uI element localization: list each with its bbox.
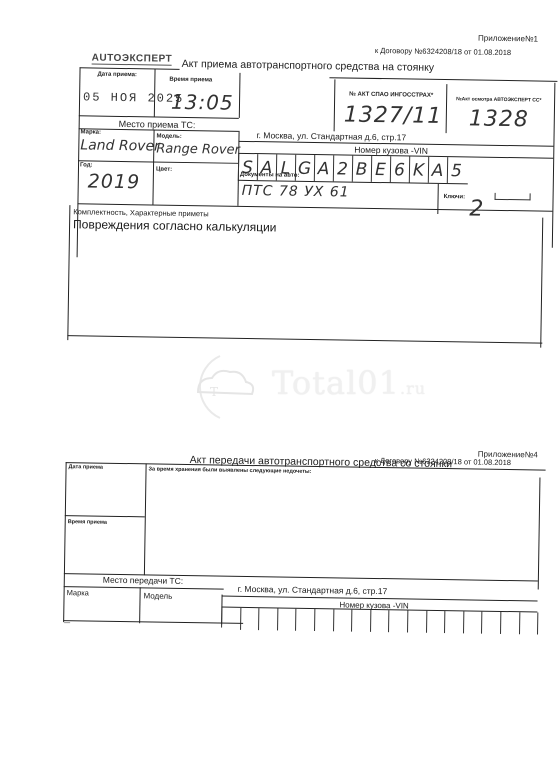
vin-empty-cell — [501, 612, 520, 634]
vin-empty-cell — [334, 609, 353, 631]
model-label-2: Модель — [143, 591, 172, 600]
vin-empty-cell — [371, 610, 390, 632]
vin-grid-2 — [221, 608, 538, 633]
page-marker — [64, 622, 70, 623]
vin-empty-cell — [408, 610, 427, 632]
vin-empty-cell — [296, 609, 315, 631]
place-label-2: Место передачи ТС: — [103, 575, 184, 586]
vin-empty-cell — [389, 610, 408, 632]
date-label-2: Дата приема — [69, 464, 103, 471]
vin-empty-cell — [427, 611, 446, 633]
vin-empty-cell — [241, 608, 260, 630]
vin-empty-cell — [482, 612, 501, 634]
vin-empty-cell — [445, 611, 464, 633]
address-2: г. Москва, ул. Стандартная д.6, стр.17 — [238, 584, 388, 596]
vin-empty-cell — [278, 608, 297, 630]
defects-label: За время хранения были выявлены следующи… — [149, 466, 312, 475]
vin-empty-cell — [315, 609, 334, 631]
vin-empty-cell — [520, 612, 539, 634]
release-act: Приложение№4 к Договору №6324208/18 от 0… — [0, 0, 560, 768]
time-label-2: Время приема — [68, 519, 107, 526]
vin-empty-cell — [464, 611, 483, 633]
vin-empty-cell — [222, 608, 241, 630]
vin-empty-cell — [259, 608, 278, 630]
make-label-2: Марка — [67, 588, 89, 597]
vin-empty-cell — [352, 610, 371, 632]
